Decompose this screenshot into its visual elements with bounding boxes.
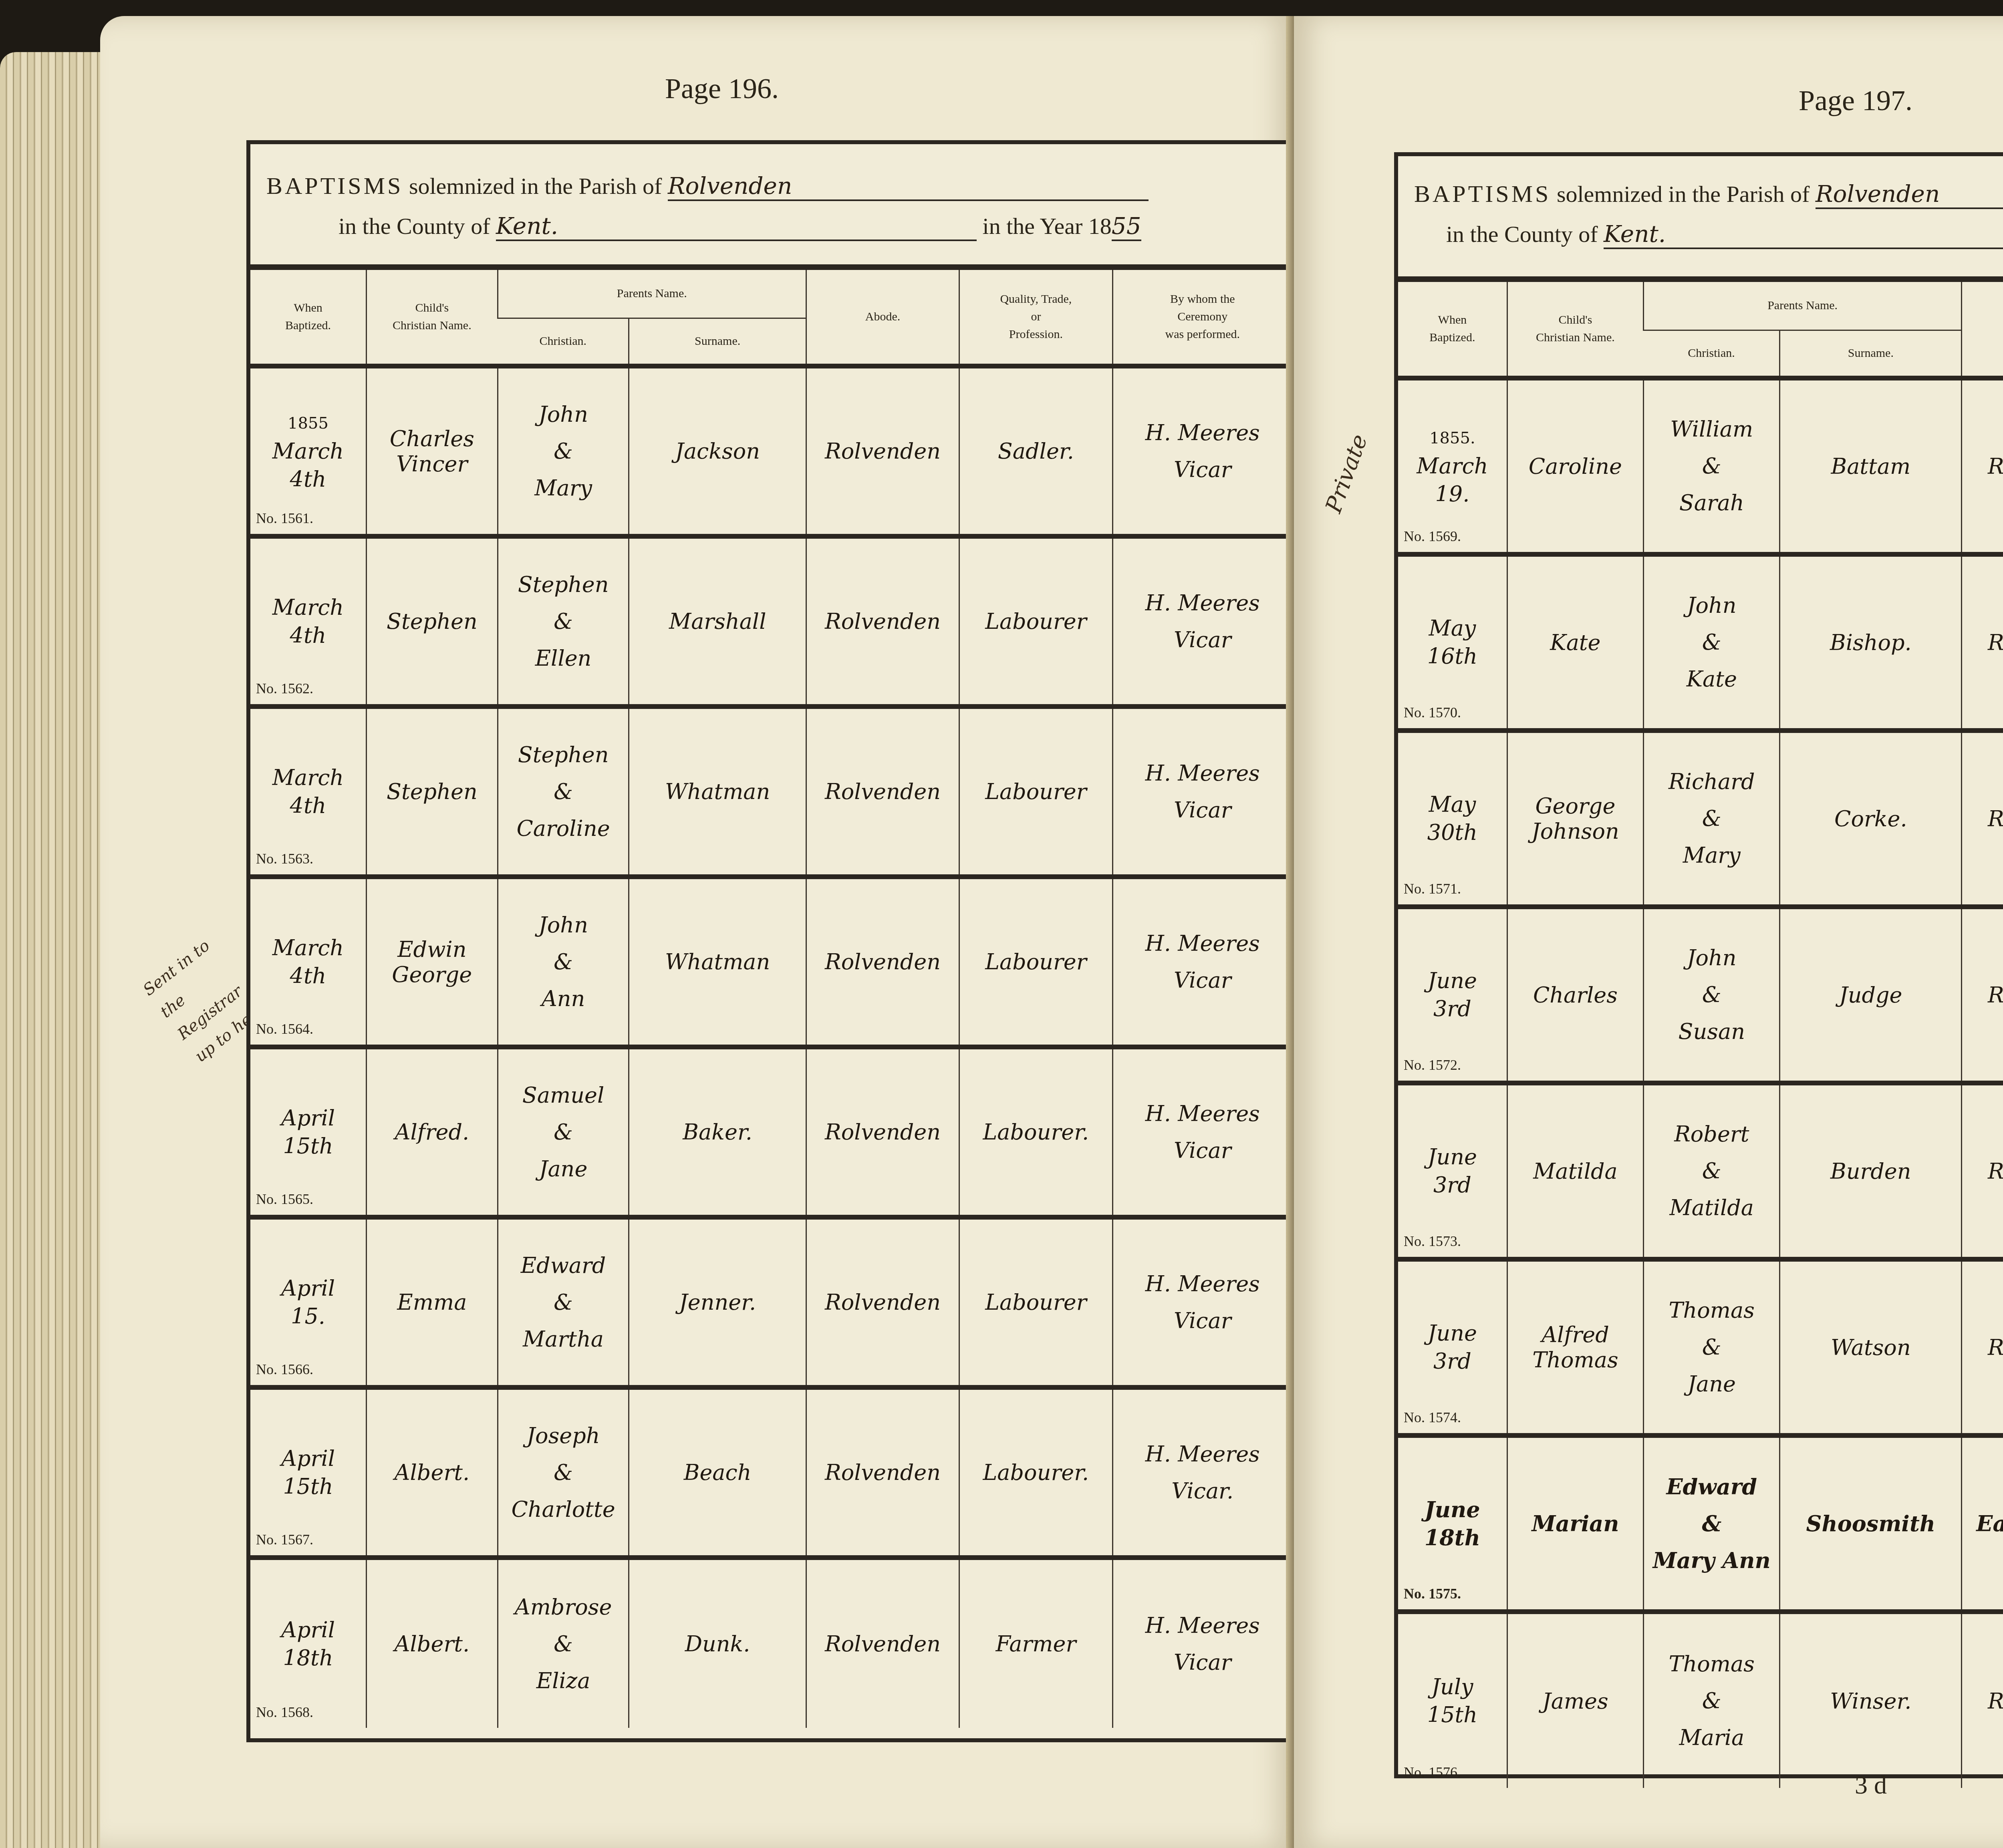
abode: Rolvenden xyxy=(806,877,959,1047)
abode: Rolvenden xyxy=(806,536,959,707)
form-header: BAPTISMS solemnized in the Parish of Rol… xyxy=(1398,156,2003,276)
right-page: Page 197. Private BAPTISMS solemnized in… xyxy=(1294,16,2003,1848)
col-child: Child'sChristian Name. xyxy=(366,270,498,366)
surname: Battam xyxy=(1780,378,1962,554)
abode: Rolvenden xyxy=(806,1387,959,1558)
table-row: June18thNo. 1575. Marian Edward&Mary Ann… xyxy=(1398,1435,2003,1612)
trade: Labourer xyxy=(959,536,1112,707)
left-page: Page 196. Sent in to the Registrar up to… xyxy=(100,16,1294,1848)
col-trade: Quality, Trade,orProfession. xyxy=(959,270,1112,366)
abode: Rolvenden xyxy=(806,1217,959,1387)
trade: Labourer xyxy=(959,877,1112,1047)
table-row: April15thNo. 1565. Alfred. Samuel&Jane B… xyxy=(250,1047,1292,1217)
entry-number: No. 1573. xyxy=(1404,1233,1461,1250)
child-name: Albert. xyxy=(366,1558,498,1728)
child-name: Albert. xyxy=(366,1387,498,1558)
col-parents-surname: Surname. xyxy=(1780,330,1962,378)
surname: Shoosmith xyxy=(1783,1505,1959,1542)
entry-number: No. 1562. xyxy=(256,680,313,697)
surname: Jackson xyxy=(629,366,806,536)
entry-number: No. 1563. xyxy=(256,850,313,867)
table-row: July15thNo. 1576. James Thomas&Maria Win… xyxy=(1398,1612,2003,1788)
col-abode: Abode. xyxy=(1962,282,2003,378)
table-row: May30thNo. 1571. George Johnson Richard&… xyxy=(1398,731,2003,907)
entry-number: No. 1561. xyxy=(256,510,313,527)
entry-number: No. 1576. xyxy=(1404,1764,1461,1781)
col-by-whom: By whom theCeremonywas performed. xyxy=(1112,270,1292,366)
abode: Rolvenden xyxy=(806,1558,959,1728)
register-table: WhenBaptized. Child'sChristian Name. Par… xyxy=(1398,282,2003,1788)
table-row: May16thNo. 1570. Kate John&Kate Bishop. … xyxy=(1398,554,2003,731)
baptism-register-form: BAPTISMS solemnized in the Parish of Rol… xyxy=(1394,152,2003,1778)
entry-number: No. 1567. xyxy=(256,1531,313,1548)
child-name: Charles Vincer xyxy=(366,366,498,536)
header-rule xyxy=(1398,276,2003,282)
form-header: BAPTISMS solemnized in the Parish of Rol… xyxy=(250,144,1292,264)
child-name: Emma xyxy=(366,1217,498,1387)
child-name: Matilda xyxy=(1507,1083,1643,1259)
col-when: WhenBaptized. xyxy=(1398,282,1507,378)
surname: Burden xyxy=(1780,1083,1962,1259)
col-parents: Parents Name. xyxy=(1644,282,1962,330)
surname: Winser. xyxy=(1780,1612,1962,1788)
trade: Farmer xyxy=(959,1558,1112,1728)
page-number: Page 197. xyxy=(1799,84,1912,117)
table-row: April15.No. 1566. Emma Edward&Martha Jen… xyxy=(250,1217,1292,1387)
table-row: March4thNo. 1564. Edwin George John&Ann … xyxy=(250,877,1292,1047)
parish-field: Rolvenden xyxy=(1816,180,2003,209)
entry-number: No. 1575. xyxy=(1404,1585,1461,1602)
table-row: June3rdNo. 1572. Charles John&Susan Judg… xyxy=(1398,907,2003,1083)
col-child: Child'sChristian Name. xyxy=(1507,282,1643,378)
trade: Labourer. xyxy=(959,1047,1112,1217)
trade: Sadler. xyxy=(959,366,1112,536)
baptism-register-form: BAPTISMS solemnized in the Parish of Rol… xyxy=(246,140,1296,1742)
col-parents: Parents Name. xyxy=(498,270,806,318)
child-name: Charles xyxy=(1507,907,1643,1083)
surname: Dunk. xyxy=(629,1558,806,1728)
trade: Labourer xyxy=(959,707,1112,877)
child-name: George Johnson xyxy=(1507,731,1643,907)
abode: Rolvenden xyxy=(1962,554,2003,731)
surname: Whatman xyxy=(629,877,806,1047)
col-parents-surname: Surname. xyxy=(629,318,806,366)
year-field: 55 xyxy=(1112,212,1141,241)
col-abode: Abode. xyxy=(806,270,959,366)
child-name: James xyxy=(1507,1612,1643,1788)
abode: Rolvenden xyxy=(1962,731,2003,907)
form-title: BAPTISMS xyxy=(1414,181,1551,207)
entry-number: No. 1569. xyxy=(1404,528,1461,545)
register-table: WhenBaptized. Child'sChristian Name. Par… xyxy=(250,270,1292,1728)
trade: Labourer xyxy=(959,1217,1112,1387)
county-field: Kent. xyxy=(496,212,977,241)
abode: Rolvenden xyxy=(1962,1612,2003,1788)
child-name: Edwin George xyxy=(366,877,498,1047)
surname: Beach xyxy=(629,1387,806,1558)
entry-number: No. 1564. xyxy=(256,1021,313,1037)
abode: Eastbourne xyxy=(1962,1435,2003,1612)
table-row: 1855March4thNo. 1561. Charles Vincer Joh… xyxy=(250,366,1292,536)
entry-number: No. 1571. xyxy=(1404,880,1461,897)
surname: Watson xyxy=(1780,1259,1962,1435)
entry-number: No. 1570. xyxy=(1404,704,1461,721)
table-row: April15thNo. 1567. Albert. Joseph&Charlo… xyxy=(250,1387,1292,1558)
abode: Rolvenden xyxy=(1962,378,2003,554)
col-when: WhenBaptized. xyxy=(250,270,366,366)
child-name: Alfred Thomas xyxy=(1507,1259,1643,1435)
child-name: Alfred. xyxy=(366,1047,498,1217)
table-row: March4thNo. 1563. Stephen Stephen&Caroli… xyxy=(250,707,1292,877)
surname: Baker. xyxy=(629,1047,806,1217)
table-row: 1855.March19.No. 1569. Caroline William&… xyxy=(1398,378,2003,554)
margin-note-private: Private xyxy=(1320,431,1373,516)
col-parents-christian: Christian. xyxy=(1644,330,1780,378)
child-name: Caroline xyxy=(1507,378,1643,554)
col-parents-christian: Christian. xyxy=(498,318,629,366)
entry-number: No. 1566. xyxy=(256,1361,313,1378)
surname: Corke. xyxy=(1780,731,1962,907)
abode: Rolvenden xyxy=(1962,907,2003,1083)
form-title: BAPTISMS xyxy=(266,173,403,199)
entry-number: No. 1572. xyxy=(1404,1057,1461,1073)
table-row: June3rdNo. 1573. Matilda Robert&Matilda … xyxy=(1398,1083,2003,1259)
surname: Marshall xyxy=(629,536,806,707)
entry-number: No. 1574. xyxy=(1404,1409,1461,1426)
county-field: Kent. xyxy=(1604,220,2003,249)
child-name: Stephen xyxy=(366,707,498,877)
abode: Rolvenden xyxy=(806,1047,959,1217)
table-row: June3rdNo. 1574. Alfred Thomas Thomas&Ja… xyxy=(1398,1259,2003,1435)
surname: Bishop. xyxy=(1780,554,1962,731)
table-row: March4thNo. 1562. Stephen Stephen&Ellen … xyxy=(250,536,1292,707)
signature-mark: 3 d xyxy=(1855,1770,1887,1800)
surname: Jenner. xyxy=(629,1217,806,1387)
child-name: Kate xyxy=(1507,554,1643,731)
child-name: Marian xyxy=(1507,1435,1643,1612)
parish-field: Rolvenden xyxy=(668,172,1149,201)
child-name: Stephen xyxy=(366,536,498,707)
surname: Whatman xyxy=(629,707,806,877)
abode: Rolvenden xyxy=(1962,1259,2003,1435)
surname: Judge xyxy=(1780,907,1962,1083)
trade: Labourer. xyxy=(959,1387,1112,1558)
entry-number: No. 1568. xyxy=(256,1704,313,1721)
entry-number: No. 1565. xyxy=(256,1191,313,1208)
table-row: April18thNo. 1568. Albert. Ambrose&Eliza… xyxy=(250,1558,1292,1728)
abode: Rolvenden xyxy=(1962,1083,2003,1259)
abode: Rolvenden xyxy=(806,707,959,877)
open-register-book: Page 196. Sent in to the Registrar up to… xyxy=(0,16,2003,1848)
page-number: Page 196. xyxy=(665,72,779,105)
abode: Rolvenden xyxy=(806,366,959,536)
header-rule xyxy=(250,264,1292,270)
